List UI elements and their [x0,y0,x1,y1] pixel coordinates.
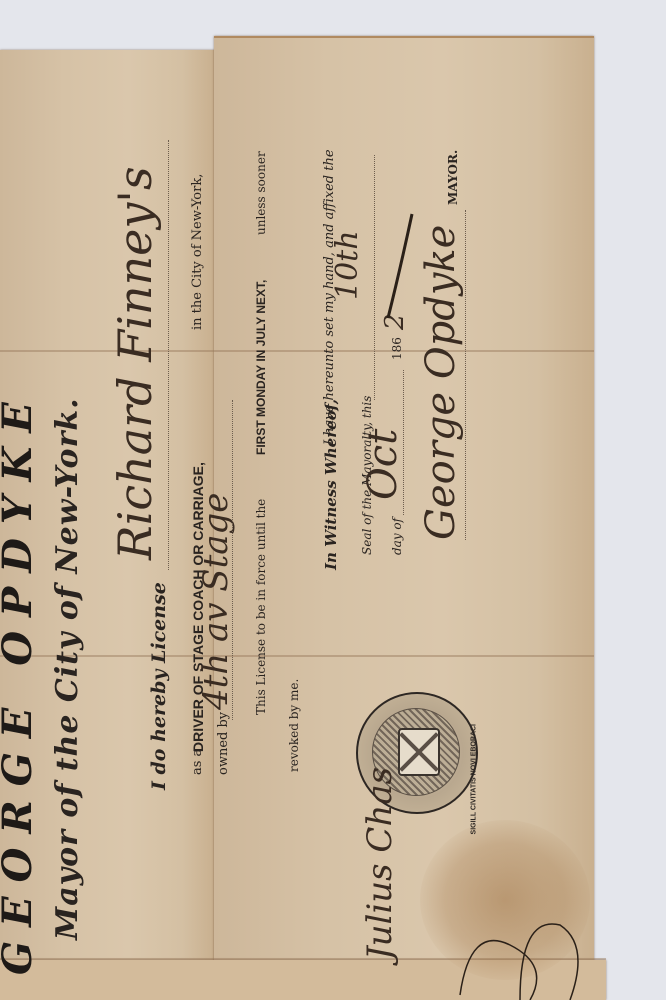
windmill-shield-icon [398,728,440,776]
owned-by-label: owned by [216,712,231,775]
mayor-label: MAYOR. [446,150,460,205]
header-name-partial: GEORGE OPDYKE [0,388,41,975]
license-intro: I do hereby License [148,582,170,790]
city-text: in the City of New-York, [190,174,205,330]
year-printed: 186 [390,337,404,360]
licensee-name-handwritten: Richard Finney's [108,166,162,560]
clerk-signature-partial: Julius Chas [360,767,400,960]
owner-handwritten: 4th av Stage [196,493,236,710]
day-of-label: day of [390,518,404,555]
signature-flourish [450,905,600,1000]
validity-suffix: unless sooner [254,151,268,235]
day-number-handwritten: 10th [330,230,365,300]
validity-bold-text: FIRST MONDAY IN JULY NEXT, [254,280,268,455]
fold-line [0,350,594,352]
validity-text-prefix: This License to be in force until the [254,499,268,715]
seal-inscription: SIGILL CIVITATIS NOVI EBORACI [470,724,477,834]
month-line [403,370,404,515]
licensee-line [168,140,169,570]
day-line [374,155,375,400]
fold-line [0,655,594,657]
license-document: GEORGE OPDYKE Mayor of the City of New-Y… [0,0,666,1000]
year-flourish [380,210,420,320]
owner-line [232,400,233,720]
month-handwritten: Oct [360,429,406,500]
document-title: Mayor of the City of New-York. [50,397,85,940]
revoked-text: revoked by me. [287,679,301,772]
as-a-label: as a [190,749,205,775]
signature-line [465,210,466,540]
mayor-signature: George Opdyke [418,225,464,540]
